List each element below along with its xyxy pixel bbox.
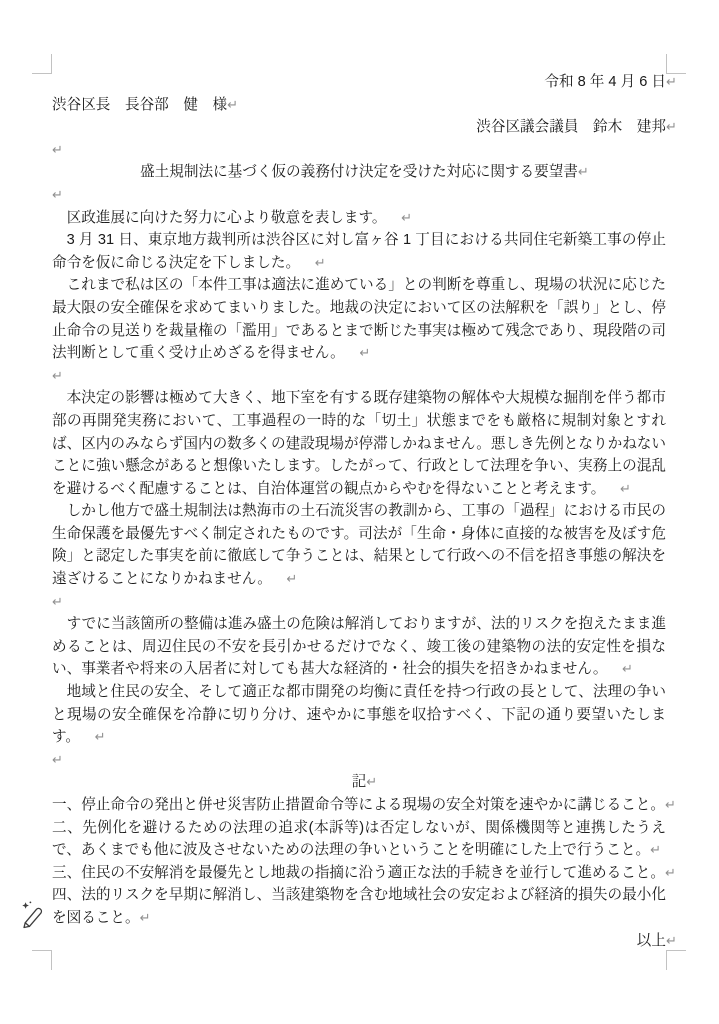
sender-text: 渋谷区議会議員 鈴木 建邦 <box>476 119 666 135</box>
paragraph-text: 本決定の影響は極めて大きく、地下室を有する既存建築物の解体や大規模な掘削を伴う都… <box>52 390 666 496</box>
blank-line: ↵ <box>52 184 666 207</box>
text-boundary-mark-bottom-left <box>32 950 52 970</box>
document-title: 盛土規制法に基づく仮の義務付け決定を受けた対応に関する要望書↵ <box>52 161 666 184</box>
body-paragraph: しかし他方で盛土規制法は熱海市の土石流災害の教訓から、工事の「過程」における市民… <box>52 500 666 590</box>
body-paragraph: これまで私は区の「本件工事は適法に進めている」との判断を尊重し、現場の状況に応じ… <box>52 274 666 364</box>
request-item: 一、停止命令の発出と併せ災害防止措置命令等による現場の安全対策を速やかに講じるこ… <box>52 794 666 817</box>
text-boundary-mark-bottom-right <box>666 950 686 970</box>
body-paragraph: すでに当該箇所の整備は進み盛土の危険は解消しておりますが、法的リスクを抱えたまま… <box>52 613 666 681</box>
body-paragraph: 本決定の影響は極めて大きく、地下室を有する既存建築物の解体や大規模な掘削を伴う都… <box>52 387 666 500</box>
sender-line: 渋谷区議会議員 鈴木 建邦↵ <box>52 116 666 139</box>
addressee-line: 渋谷区長 長谷部 健 様↵ <box>52 94 666 117</box>
request-item-text: 二、先例化を避けるための法理の追求(本訴等)は否定しないが、関係機関等と連携した… <box>52 820 666 859</box>
request-item-text: 一、停止命令の発出と併せ災害防止措置命令等による現場の安全対策を速やかに講じるこ… <box>52 797 665 813</box>
pencil-with-sparkle-icon <box>18 899 48 931</box>
request-item: 三、住民の不安解消を最優先とし地裁の指摘に沿う適正な法的手続きを並行して進めるこ… <box>52 862 666 885</box>
request-item-text: 三、住民の不安解消を最優先とし地裁の指摘に沿う適正な法的手続きを並行して進めるこ… <box>52 865 665 881</box>
blank-line: ↵ <box>52 365 666 388</box>
title-text: 盛土規制法に基づく仮の義務付け決定を受けた対応に関する要望書 <box>140 164 578 180</box>
text-boundary-mark-top-left <box>32 54 52 74</box>
text-boundary-mark-top-right <box>666 54 686 74</box>
body-paragraph: 地域と住民の安全、そして適正な都市開発の均衡に責任を持つ行政の長として、法理の争… <box>52 681 666 749</box>
paragraph-text: しかし他方で盛土規制法は熱海市の土石流災害の教訓から、工事の「過程」における市民… <box>52 503 666 587</box>
date-text: 令和 8 年 4 月 6 日 <box>544 74 666 90</box>
document-page: 令和 8 年 4 月 6 日↵ 渋谷区長 長谷部 健 様↵ 渋谷区議会議員 鈴木… <box>0 0 719 1024</box>
document-body: 令和 8 年 4 月 6 日↵ 渋谷区長 長谷部 健 様↵ 渋谷区議会議員 鈴木… <box>52 71 666 952</box>
closing-line: 以上↵ <box>52 930 666 953</box>
blank-line: ↵ <box>52 591 666 614</box>
request-item: 四、法的リスクを早期に解消し、当該建築物を含む地域社会の安定および経済的損失の最… <box>52 884 666 929</box>
body-paragraph: 3 月 31 日、東京地方裁判所は渋谷区に対し富ヶ谷 1 丁目における共同住宅新… <box>52 229 666 274</box>
blank-line: ↵ <box>52 139 666 162</box>
request-item: 二、先例化を避けるための法理の追求(本訴等)は否定しないが、関係機関等と連携した… <box>52 817 666 862</box>
paragraph-text: 3 月 31 日、東京地方裁判所は渋谷区に対し富ヶ谷 1 丁目における共同住宅新… <box>52 232 666 271</box>
paragraph-text: 地域と住民の安全、そして適正な都市開発の均衡に責任を持つ行政の長として、法理の争… <box>52 684 666 745</box>
date-line: 令和 8 年 4 月 6 日↵ <box>52 71 666 94</box>
copilot-pencil-icon[interactable] <box>18 899 48 931</box>
blank-line: ↵ <box>52 749 666 772</box>
record-heading-text: 記 <box>352 774 367 790</box>
paragraph-text: すでに当該箇所の整備は進み盛土の危険は解消しておりますが、法的リスクを抱えたまま… <box>52 616 666 677</box>
addressee-text: 渋谷区長 長谷部 健 様 <box>52 97 227 113</box>
record-heading: 記↵ <box>52 771 666 794</box>
paragraph-text: 区政進展に向けた努力に心より敬意を表します。 <box>67 210 387 226</box>
body-paragraph: 区政進展に向けた努力に心より敬意を表します。↵ <box>52 207 666 230</box>
closing-text: 以上 <box>637 933 666 949</box>
